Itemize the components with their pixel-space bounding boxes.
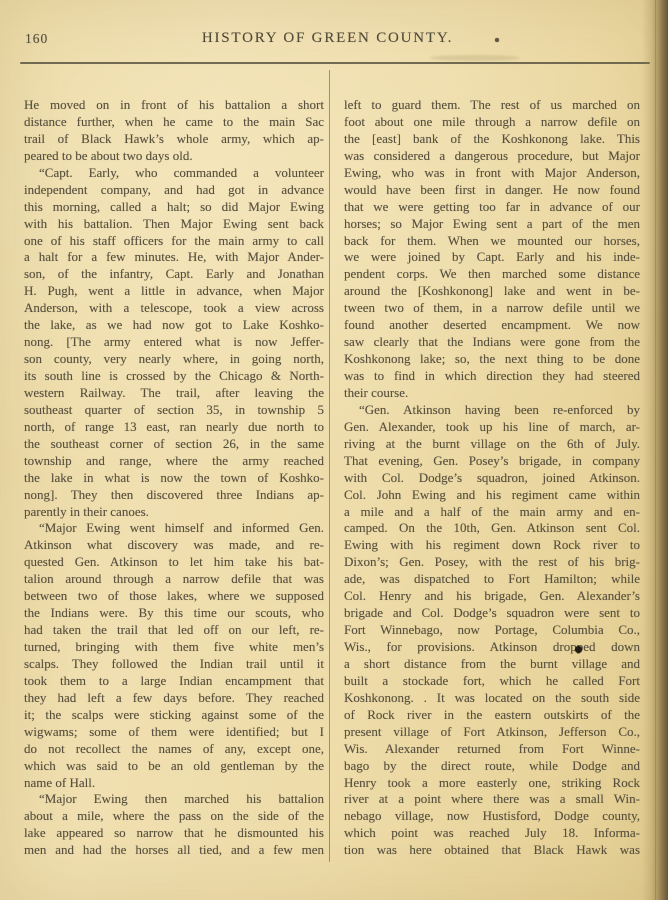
text-line: “Capt. Early, who commanded a volunteer xyxy=(24,165,324,182)
text-line: built a stockade fort, which he called F… xyxy=(344,673,640,690)
text-line: turned, bringing with them five white me… xyxy=(24,639,324,656)
text-line: Anderson, with a telescope, took a view … xyxy=(24,300,324,317)
text-line: H. Pugh, went a little in advance, when … xyxy=(24,283,324,300)
text-line: Ewing with his regiment down Rock river … xyxy=(344,537,640,554)
text-line: “Major Ewing then marched his battalion xyxy=(24,791,324,808)
text-line: back for them. When we mounted our horse… xyxy=(344,233,640,250)
text-line: He moved on in front of his battalion a … xyxy=(24,97,324,114)
text-line: horses; so Major Ewing sent a part of th… xyxy=(344,216,640,233)
text-line: took them to a large Indian encampment t… xyxy=(24,673,324,690)
text-line: a mile and a half of the main army and e… xyxy=(344,504,640,521)
text-line: left to guard them. The rest of us march… xyxy=(344,97,640,114)
left-text-column: He moved on in front of his battalion a … xyxy=(24,97,324,859)
text-line: of Rock river in the eastern outskirts o… xyxy=(344,707,640,724)
text-line: brigade and Col. Dodge’s squadron were s… xyxy=(344,605,640,622)
text-line: the lake in what is now the town of Kosh… xyxy=(24,470,324,487)
text-line: men and had the horses all tied, and a f… xyxy=(24,842,324,859)
text-line: about a mile, where the pass on the side… xyxy=(24,808,324,825)
text-line: foot about one mile through a narrow def… xyxy=(344,114,640,131)
text-line: this morning, called a halt; so did Majo… xyxy=(24,199,324,216)
text-line: its south line is crossed by the Chicago… xyxy=(24,368,324,385)
text-line: pendent corps. We then marched some dist… xyxy=(344,266,640,283)
text-line: independent company, and had got in adva… xyxy=(24,182,324,199)
text-line: southeast quarter of section 35, in town… xyxy=(24,402,324,419)
text-line: a halt for a few minutes. He, with Major… xyxy=(24,249,324,266)
text-line: was to find in which direction they had … xyxy=(344,368,640,385)
text-line: name of Hall. xyxy=(24,775,324,792)
text-line: do not recollect the names of any, excep… xyxy=(24,741,324,758)
text-line: township and range, where the army reach… xyxy=(24,453,324,470)
scan-smudge xyxy=(430,55,520,61)
text-line: one of his staff officers for the main a… xyxy=(24,233,324,250)
text-line: scalps. They followed the Indian trail u… xyxy=(24,656,324,673)
text-line: nong]. They then discovered three Indian… xyxy=(24,487,324,504)
text-line: lake appeared so narrow that he dismount… xyxy=(24,825,324,842)
text-line: was considered a dangerous procedure, bu… xyxy=(344,148,640,165)
text-line: which was said to be an old gentleman by… xyxy=(24,758,324,775)
ink-speck xyxy=(495,38,499,42)
text-line: they had left a few days before. They re… xyxy=(24,690,324,707)
text-line: Fort Winnebago, now Portage, Columbia Co… xyxy=(344,622,640,639)
text-line: Col. John Ewing and his regiment came wi… xyxy=(344,487,640,504)
text-line: a short distance from the burnt village … xyxy=(344,656,640,673)
book-page: 160 HISTORY OF GREEN COUNTY. He moved on… xyxy=(0,0,668,900)
text-line: Koshkonong lake; so, the next thing to b… xyxy=(344,351,640,368)
text-line: wigwams; some of them were identified; b… xyxy=(24,724,324,741)
text-line: that we were getting too far in advance … xyxy=(344,199,640,216)
text-line: tween two of them, in a narrow defile un… xyxy=(344,300,640,317)
text-line: it; the scalps were sticking against som… xyxy=(24,707,324,724)
text-line: Dixon’s; Gen. Posey, with the rest of hi… xyxy=(344,554,640,571)
text-line: Atkinson what discovery was made, and re… xyxy=(24,537,324,554)
text-line: ade, was dispatched to Fort Hamilton; wh… xyxy=(344,571,640,588)
text-line: trail of Black Hawk’s whole army, which … xyxy=(24,131,324,148)
text-line: Koshkonong. . It was located on the sout… xyxy=(344,690,640,707)
text-line: distance further, when he came to the ma… xyxy=(24,114,324,131)
text-line: camped. On the 10th, Gen. Atkinson sent … xyxy=(344,520,640,537)
running-title: HISTORY OF GREEN COUNTY. xyxy=(0,30,655,47)
text-line: bago by the direct route, while Dodge an… xyxy=(344,758,640,775)
text-line: around the [Koshkonong] lake and went in… xyxy=(344,283,640,300)
ink-blot xyxy=(575,646,582,653)
text-line: son, of the infantry, Capt. Early and Jo… xyxy=(24,266,324,283)
text-line: peared to be about two days old. xyxy=(24,148,324,165)
text-line: found another deserted encampment. We no… xyxy=(344,317,640,334)
text-line: the lake, as we had now got to Lake Kosh… xyxy=(24,317,324,334)
text-line: quested Gen. Atkinson to let him take hi… xyxy=(24,554,324,571)
text-line: Wis. Alexander returned from Fort Winne- xyxy=(344,741,640,758)
text-line: tion was here obtained that Black Hawk w… xyxy=(344,842,640,859)
text-line: between two of those lakes, where we sup… xyxy=(24,588,324,605)
text-line: present village of Fort Atkinson, Jeffer… xyxy=(344,724,640,741)
right-text-column: left to guard them. The rest of us march… xyxy=(344,97,640,859)
text-line: saw clearly that the Indians were gone f… xyxy=(344,334,640,351)
text-line: western Railway. The trail, after leavin… xyxy=(24,385,324,402)
text-line: had taken the trail that led off on our … xyxy=(24,622,324,639)
text-line: parently in their canoes. xyxy=(24,504,324,521)
book-edge-shadow xyxy=(642,0,668,900)
text-line: Col. Henry and his brigade, Gen. Alexand… xyxy=(344,588,640,605)
text-line: Gen. Alexander, took up his line of marc… xyxy=(344,419,640,436)
text-line: with Col. Dodge’s squadron, joined Atkin… xyxy=(344,470,640,487)
text-line: Henry took a more easterly one, striking… xyxy=(344,775,640,792)
text-line: the Indians were. By this time our scout… xyxy=(24,605,324,622)
text-line: we were joined by Capt. Early and his in… xyxy=(344,249,640,266)
text-line: riving at the burnt village on the 6th o… xyxy=(344,436,640,453)
text-line: son county, very nearly where, in going … xyxy=(24,351,324,368)
text-line: their course. xyxy=(344,385,640,402)
text-line: the [east] bank of the Koshkonong lake. … xyxy=(344,131,640,148)
column-divider xyxy=(329,70,330,862)
text-line: “Major Ewing went himself and informed G… xyxy=(24,520,324,537)
text-line: river at a point where there was a small… xyxy=(344,791,640,808)
text-line: “Gen. Atkinson having been re-enforced b… xyxy=(344,402,640,419)
text-line: Wis., for provisions. Atkinson dropped d… xyxy=(344,639,640,656)
text-line: That evening, Gen. Posey’s brigade, in c… xyxy=(344,453,640,470)
text-line: which point was reached July 18. Informa… xyxy=(344,825,640,842)
text-line: the southeast corner of section 26, in t… xyxy=(24,436,324,453)
text-line: talion around through a narrow defile th… xyxy=(24,571,324,588)
text-line: Ewing, who was in front with Major Ander… xyxy=(344,165,640,182)
header-rule xyxy=(20,62,650,64)
text-line: north, of range 13 east, ran nearly due … xyxy=(24,419,324,436)
text-line: nebago village, now Hustisford, Dodge co… xyxy=(344,808,640,825)
text-line: nong. [The army entered what is now Jeff… xyxy=(24,334,324,351)
text-line: with his battalion. Then Major Ewing sen… xyxy=(24,216,324,233)
text-line: would have been first in danger. He now … xyxy=(344,182,640,199)
